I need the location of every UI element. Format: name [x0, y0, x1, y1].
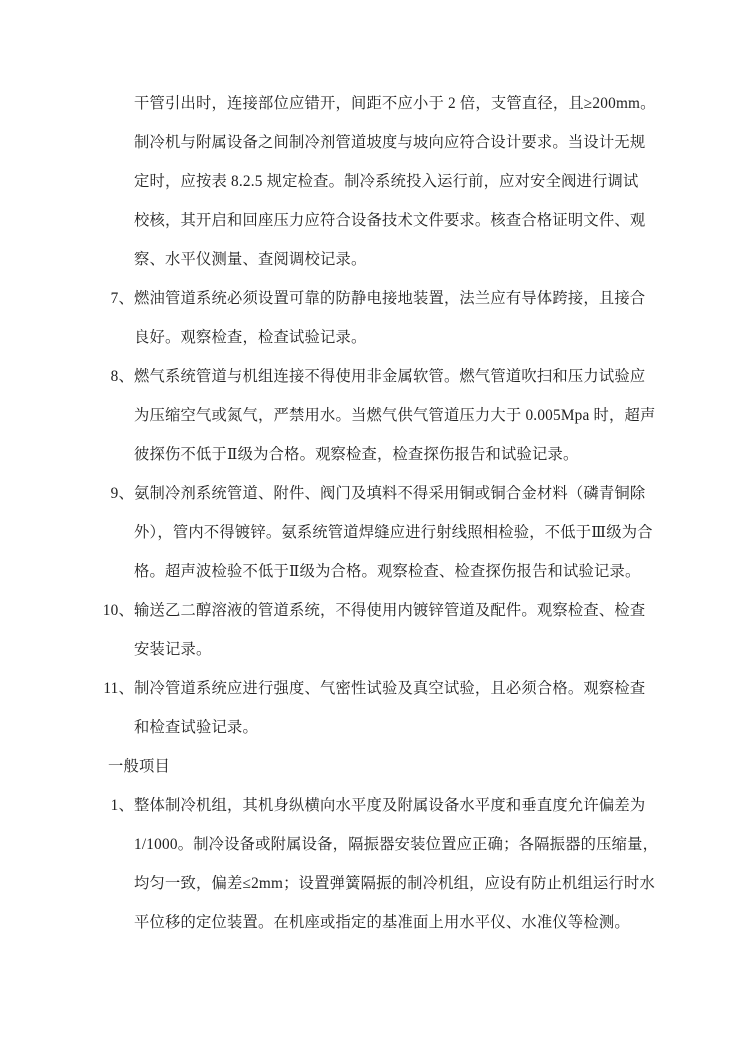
line-text: 制冷管道系统应进行强度、气密性试验及真空试验，且必须合格。观察检查 — [134, 680, 645, 697]
line-text: 燃气系统管道与机组连接不得使用非金属软管。燃气管道吹扫和压力试验应 — [134, 368, 645, 385]
text-line: 安装记录。 — [134, 630, 644, 669]
paragraph: 8、燃气系统管道与机组连接不得使用非金属软管。燃气管道吹扫和压力试验应为压缩空气… — [134, 357, 644, 474]
paragraph: 7、燃油管道系统必须设置可靠的防静电接地装置，法兰应有导体跨接，且接合良好。观察… — [134, 279, 644, 357]
paragraph: 11、制冷管道系统应进行强度、气密性试验及真空试验，且必须合格。观察检查和检查试… — [134, 669, 644, 747]
text-line: 11、制冷管道系统应进行强度、气密性试验及真空试验，且必须合格。观察检查 — [134, 669, 644, 708]
text-line: 为压缩空气或氮气，严禁用水。当燃气供气管道压力大于 0.005Mpa 时，超声 — [134, 396, 644, 435]
line-text: 燃油管道系统必须设置可靠的防静电接地装置，法兰应有导体跨接，且接合 — [134, 290, 645, 307]
text-line: 一般项目 — [108, 747, 644, 786]
text-line: 8、燃气系统管道与机组连接不得使用非金属软管。燃气管道吹扫和压力试验应 — [134, 357, 644, 396]
line-text: 氨制冷剂系统管道、附件、阀门及填料不得采用铜或铜合金材料（磷青铜除 — [134, 485, 645, 502]
text-line: 10、输送乙二醇溶液的管道系统，不得使用内镀锌管道及配件。观察检查、检查 — [134, 591, 644, 630]
text-line: 外），管内不得镀锌。氨系统管道焊缝应进行射线照相检验，不低于Ⅲ级为合 — [134, 513, 644, 552]
paragraph: 1、整体制冷机组，其机身纵横向水平度及附属设备水平度和垂直度允许偏差为1/100… — [134, 786, 644, 942]
text-line: 彼探伤不低于Ⅱ级为合格。观察检查，检查探伤报告和试验记录。 — [134, 435, 644, 474]
text-line: 1/1000。制冷设备或附属设备，隔振器安装位置应正确；各隔振器的压缩量， — [134, 825, 644, 864]
paragraph: 10、输送乙二醇溶液的管道系统，不得使用内镀锌管道及配件。观察检查、检查安装记录… — [134, 591, 644, 669]
text-line: 良好。观察检查，检查试验记录。 — [134, 318, 644, 357]
paragraph: 9、氨制冷剂系统管道、附件、阀门及填料不得采用铜或铜合金材料（磷青铜除外），管内… — [134, 474, 644, 591]
text-line: 均匀一致，偏差≤2mm；设置弹簧隔振的制冷机组，应设有防止机组运行时水 — [134, 864, 644, 903]
section-heading: 一般项目 — [134, 747, 644, 786]
line-text: 输送乙二醇溶液的管道系统，不得使用内镀锌管道及配件。观察检查、检查 — [134, 602, 645, 619]
paragraph: 干管引出时，连接部位应错开，间距不应小于 2 倍，支管直径，且≥200mm。制冷… — [134, 84, 644, 279]
text-line: 干管引出时，连接部位应错开，间距不应小于 2 倍，支管直径，且≥200mm。 — [134, 84, 644, 123]
item-number: 11、 — [103, 669, 134, 708]
text-line: 平位移的定位装置。在机座或指定的基准面上用水平仪、水准仪等检测。 — [134, 903, 644, 942]
document-body: 干管引出时，连接部位应错开，间距不应小于 2 倍，支管直径，且≥200mm。制冷… — [134, 84, 644, 942]
text-line: 定时，应按表 8.2.5 规定检查。制冷系统投入运行前，应对安全阀进行调试 — [134, 162, 644, 201]
text-line: 和检查试验记录。 — [134, 708, 644, 747]
item-number: 8、 — [111, 357, 134, 396]
text-line: 1、整体制冷机组，其机身纵横向水平度及附属设备水平度和垂直度允许偏差为 — [134, 786, 644, 825]
item-number: 10、 — [103, 591, 134, 630]
text-line: 校核，其开启和回座压力应符合设备技术文件要求。核查合格证明文件、观 — [134, 201, 644, 240]
document-page: 干管引出时，连接部位应错开，间距不应小于 2 倍，支管直径，且≥200mm。制冷… — [0, 0, 744, 1052]
text-line: 制冷机与附属设备之间制冷剂管道坡度与坡向应符合设计要求。当设计无规 — [134, 123, 644, 162]
item-number: 7、 — [111, 279, 134, 318]
text-line: 7、燃油管道系统必须设置可靠的防静电接地装置，法兰应有导体跨接，且接合 — [134, 279, 644, 318]
item-number: 1、 — [111, 786, 134, 825]
text-line: 格。超声波检验不低于Ⅱ级为合格。观察检查、检查探伤报告和试验记录。 — [134, 552, 644, 591]
text-line: 察、水平仪测量、查阅调校记录。 — [134, 240, 644, 279]
line-text: 整体制冷机组，其机身纵横向水平度及附属设备水平度和垂直度允许偏差为 — [134, 797, 645, 814]
item-number: 9、 — [111, 474, 134, 513]
text-line: 9、氨制冷剂系统管道、附件、阀门及填料不得采用铜或铜合金材料（磷青铜除 — [134, 474, 644, 513]
